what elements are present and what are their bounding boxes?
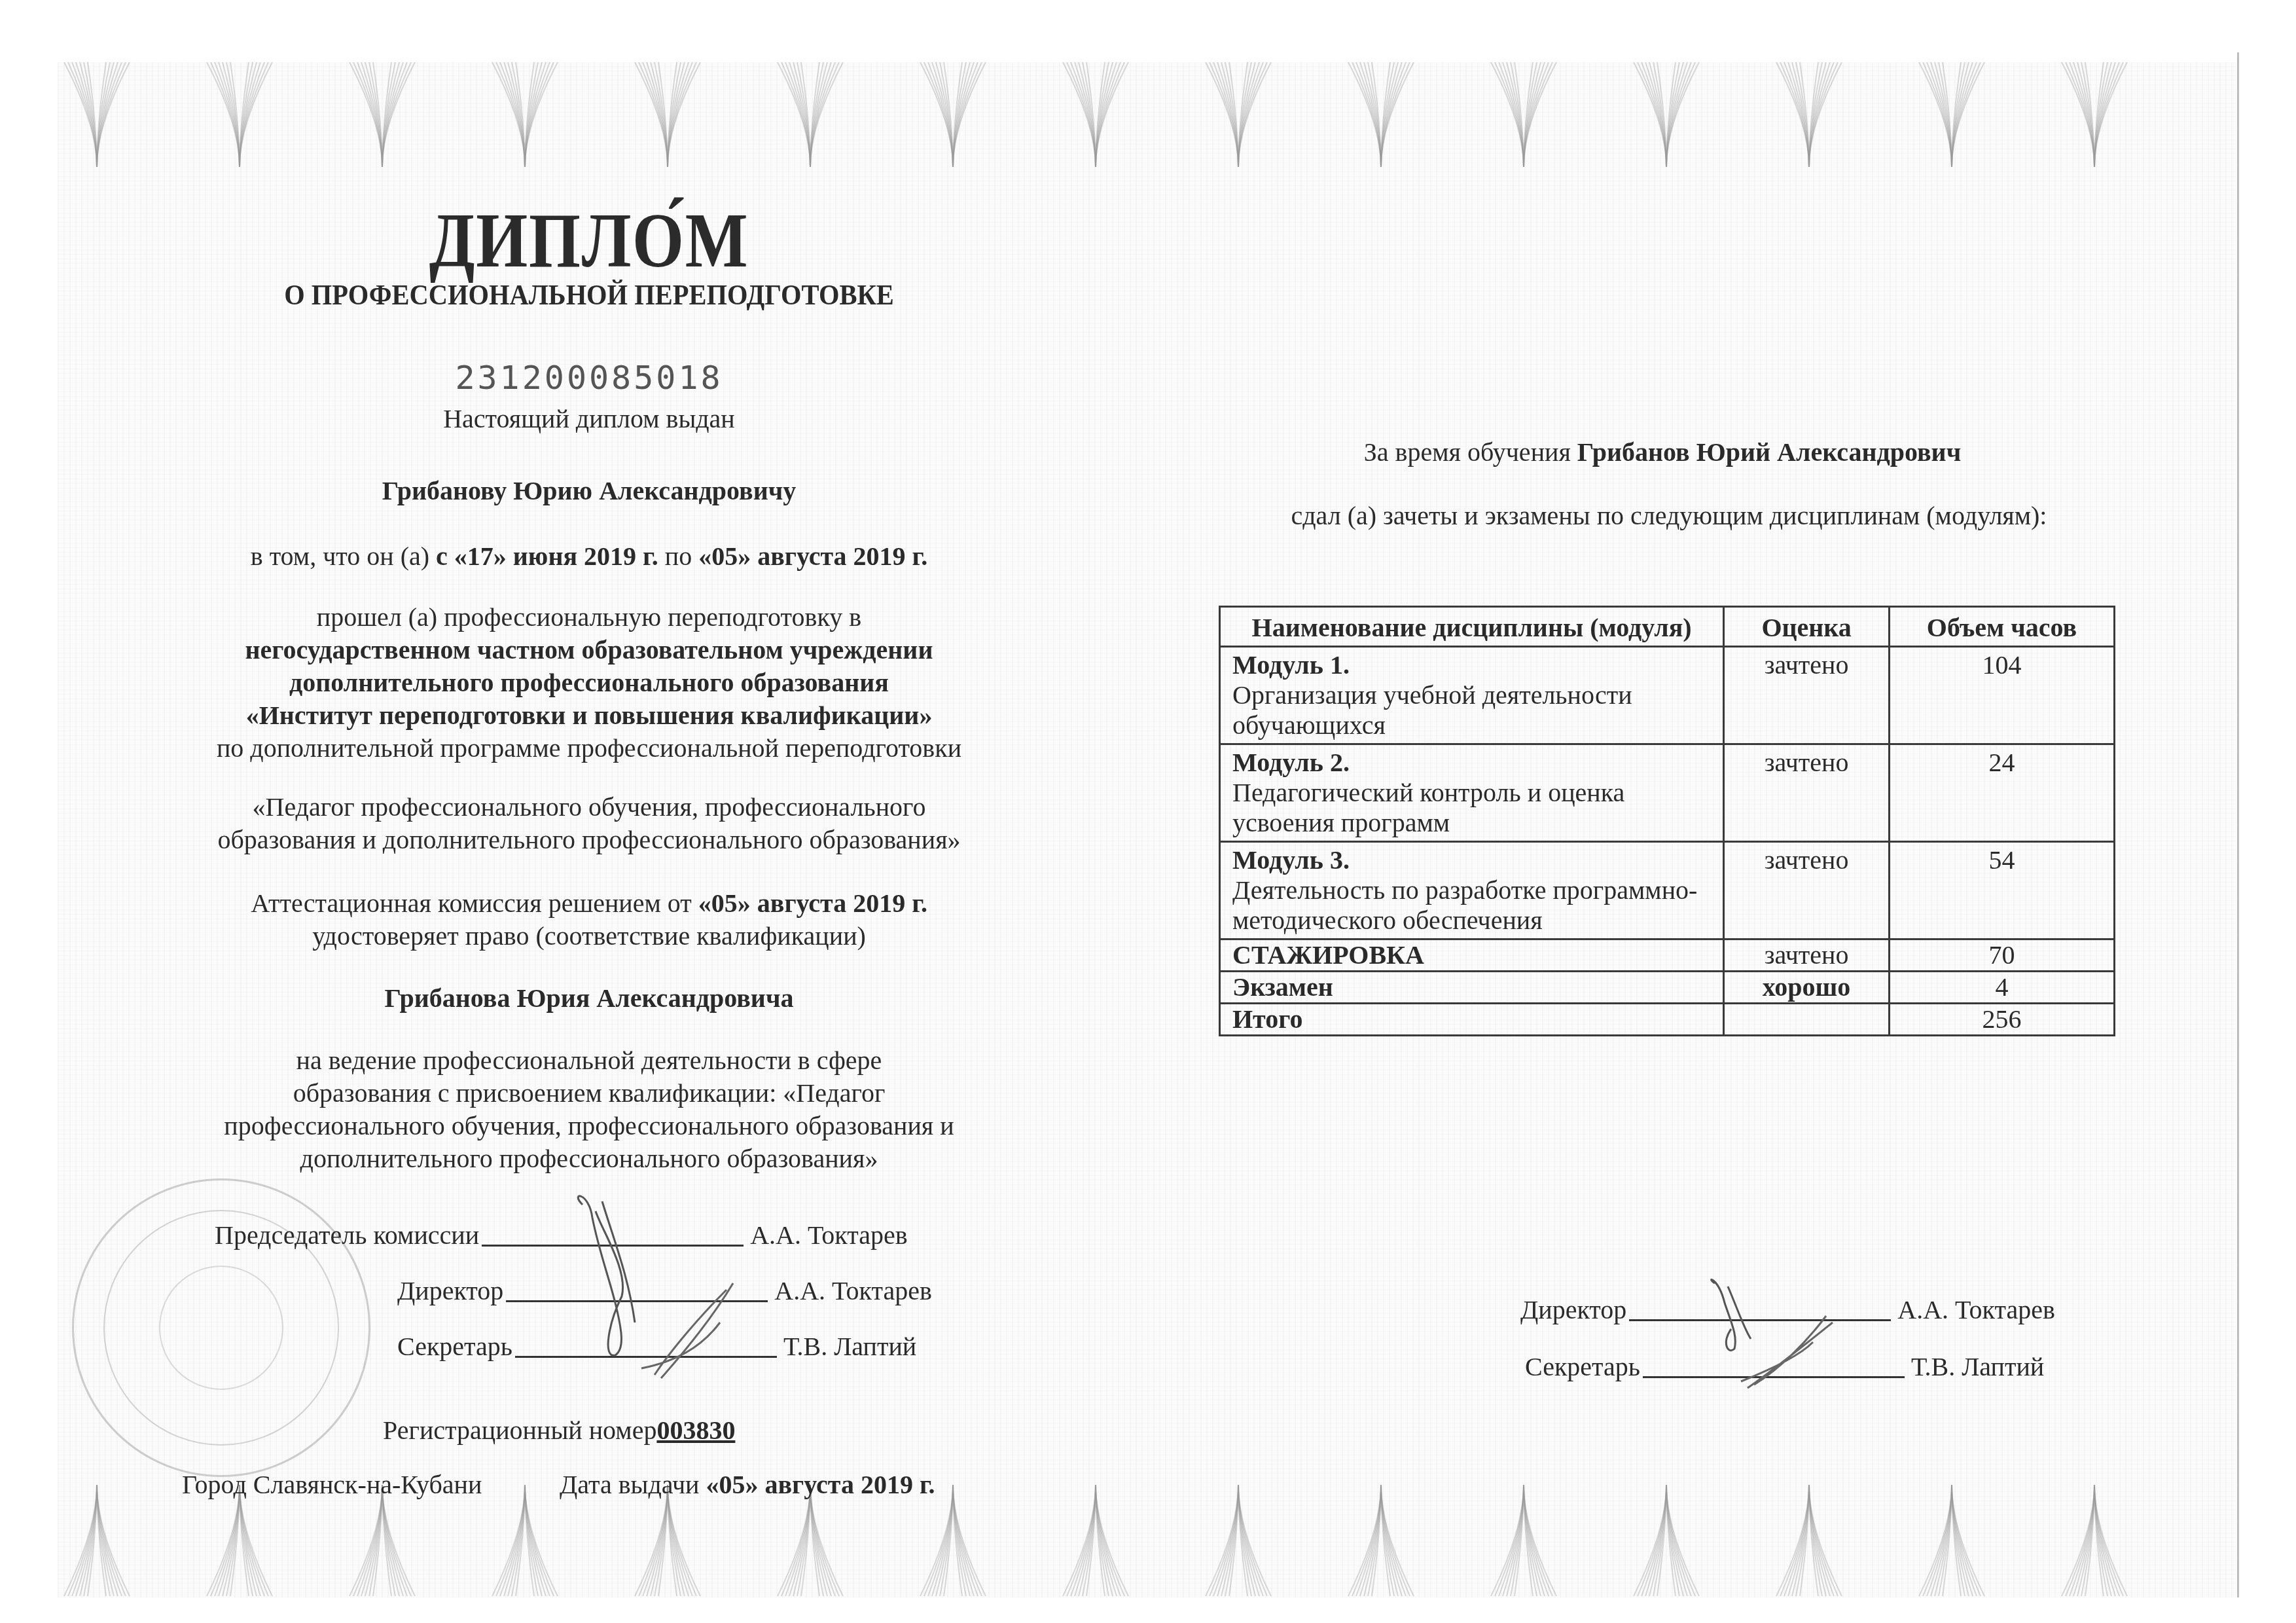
hours-cell: 104 <box>1889 647 2114 744</box>
signature-role: Секретарь <box>1525 1351 1640 1382</box>
signature-row-secretary: Секретарь Т.В. Лаптий <box>397 1331 916 1362</box>
serial-number: 231200085018 <box>131 359 1047 397</box>
grade-cell: зачтено <box>1724 744 1890 842</box>
header-hours: Объем часов <box>1889 607 2114 647</box>
table-row: СТАЖИРОВКАзачтено70 <box>1220 939 2115 972</box>
discipline-title: Модуль 1. <box>1232 650 1711 680</box>
page-title: ДИПЛО́М <box>195 196 983 285</box>
signature-row-director: Директор А.А. Токтарев <box>397 1275 932 1306</box>
guilloche-band-bottom <box>58 1485 2198 1596</box>
table-row: Модуль 3.Деятельность по разработке прог… <box>1220 842 2115 939</box>
institution-line-2: негосударственном частном образовательно… <box>131 634 1047 666</box>
study-period: в том, что он (а) с «17» июня 2019 г. по… <box>131 540 1047 573</box>
signature-line <box>1643 1375 1905 1378</box>
qualification-line-3: профессионального обучения, профессионал… <box>131 1110 1047 1142</box>
discipline-cell: Модуль 3.Деятельность по разработке прог… <box>1220 842 1724 939</box>
commission-date: «05» августа 2019 г. <box>698 888 927 918</box>
table-row: Модуль 2.Педагогический контроль и оценк… <box>1220 744 2115 842</box>
registration-label: Регистрационный номер <box>383 1415 656 1445</box>
grades-table: Наименование дисциплины (модуля) Оценка … <box>1219 606 2115 1036</box>
signature-name: А.А. Токтарев <box>750 1220 907 1250</box>
recipient-dative: Грибанову Юрию Александровичу <box>131 475 1047 507</box>
discipline-description: Деятельность по разработке программно-ме… <box>1232 875 1697 935</box>
discipline-title: Модуль 3. <box>1232 845 1711 875</box>
hours-cell: 70 <box>1889 939 2114 972</box>
grade-cell <box>1724 1004 1890 1036</box>
table-row: Модуль 1.Организация учебной деятельност… <box>1220 647 2115 744</box>
qualification-line-1: на ведение профессиональной деятельности… <box>131 1044 1047 1077</box>
discipline-description: Педагогический контроль и оценка усвоени… <box>1232 778 1624 837</box>
study-intro-line-2: сдал (а) зачеты и экзамены по следующим … <box>1224 500 2114 532</box>
guilloche-band-top <box>58 62 2198 167</box>
header-discipline: Наименование дисциплины (модуля) <box>1220 607 1724 647</box>
signature-role: Секретарь <box>397 1331 512 1362</box>
signature-name: Т.В. Лаптий <box>783 1331 916 1362</box>
hours-cell: 4 <box>1889 972 2114 1004</box>
signature-role: Председатель комиссии <box>215 1220 479 1250</box>
period-from: с «17» июня 2019 г. <box>436 541 658 571</box>
page-subtitle: О ПРОФЕССИОНАЛЬНОЙ ПЕРЕПОДГОТОВКЕ <box>168 278 1011 312</box>
discipline-cell: Модуль 1.Организация учебной деятельност… <box>1220 647 1724 744</box>
signature-name: А.А. Токтарев <box>774 1275 931 1306</box>
grade-cell: зачтено <box>1724 939 1890 972</box>
signature-row-secretary-right: Секретарь Т.В. Лаптий <box>1525 1351 2044 1382</box>
signature-row-chairman: Председатель комиссии А.А. Токтарев <box>215 1220 908 1250</box>
commission-prefix: Аттестационная комиссия решением от <box>251 888 692 918</box>
signature-line <box>1629 1318 1891 1321</box>
page-edge <box>2237 52 2239 1597</box>
discipline-description: Организация учебной деятельности обучающ… <box>1232 680 1632 740</box>
discipline-cell: СТАЖИРОВКА <box>1220 939 1724 972</box>
header-grade: Оценка <box>1724 607 1890 647</box>
qualification-line-4: дополнительного профессионального образо… <box>131 1142 1047 1175</box>
period-to: «05» августа 2019 г. <box>698 541 927 571</box>
commission-line-1: Аттестационная комиссия решением от «05»… <box>131 887 1047 920</box>
discipline-cell: Модуль 2.Педагогический контроль и оценк… <box>1220 744 1724 842</box>
table-row: Итого256 <box>1220 1004 2115 1036</box>
discipline-title: Модуль 2. <box>1232 748 1711 778</box>
discipline-title: СТАЖИРОВКА <box>1232 940 1711 970</box>
study-intro-prefix: За время обучения <box>1364 437 1571 467</box>
issued-label: Настоящий диплом выдан <box>131 403 1047 435</box>
institution-line-1: прошел (а) профессиональную переподготов… <box>131 601 1047 634</box>
registration-value: 003830 <box>656 1415 735 1445</box>
issue-date-label: Дата выдачи <box>560 1470 700 1499</box>
study-intro: За время обучения Грибанов Юрий Александ… <box>1224 436 2101 469</box>
discipline-cell: Итого <box>1220 1004 1724 1036</box>
institution-line-4: «Институт переподготовки и повышения ква… <box>131 699 1047 732</box>
grade-cell: зачтено <box>1724 842 1890 939</box>
issue-date: Дата выдачи «05» августа 2019 г. <box>560 1468 935 1501</box>
institution-line-3: дополнительного профессионального образо… <box>131 666 1047 699</box>
signature-line <box>506 1299 768 1302</box>
table-header-row: Наименование дисциплины (модуля) Оценка … <box>1220 607 2115 647</box>
signature-row-director-right: Директор А.А. Токтарев <box>1520 1294 2055 1325</box>
registration-number: Регистрационный номер003830 <box>383 1414 735 1447</box>
institution-line-5: по дополнительной программе профессионал… <box>131 732 1047 765</box>
hours-cell: 256 <box>1889 1004 2114 1036</box>
grade-cell: зачтено <box>1724 647 1890 744</box>
commission-line-2: удостоверяет право (соответствие квалифи… <box>131 920 1047 953</box>
table-row: Экзаменхорошо4 <box>1220 972 2115 1004</box>
signature-role: Директор <box>1520 1294 1626 1325</box>
signature-name: А.А. Токтарев <box>1897 1294 2054 1325</box>
discipline-title: Итого <box>1232 1004 1711 1034</box>
program-line-2: образования и дополнительного профессион… <box>131 824 1047 856</box>
signature-line <box>515 1355 777 1358</box>
period-to-prefix: по <box>665 541 692 571</box>
discipline-cell: Экзамен <box>1220 972 1724 1004</box>
period-prefix: в том, что он (а) <box>251 541 429 571</box>
signature-line <box>482 1243 744 1247</box>
signature-role: Директор <box>397 1275 503 1306</box>
hours-cell: 54 <box>1889 842 2114 939</box>
hours-cell: 24 <box>1889 744 2114 842</box>
program-line-1: «Педагог профессионального обучения, про… <box>131 791 1047 824</box>
qualification-line-2: образования с присвоением квалификации: … <box>131 1077 1047 1110</box>
grade-cell: хорошо <box>1724 972 1890 1004</box>
student-name: Грибанов Юрий Александрович <box>1577 437 1961 467</box>
issue-date-value: «05» августа 2019 г. <box>706 1470 935 1499</box>
discipline-title: Экзамен <box>1232 972 1711 1002</box>
city: Город Славянск-на-Кубани <box>182 1468 482 1501</box>
signature-name: Т.В. Лаптий <box>1911 1351 2044 1382</box>
recipient-genitive: Грибанова Юрия Александровича <box>131 982 1047 1015</box>
